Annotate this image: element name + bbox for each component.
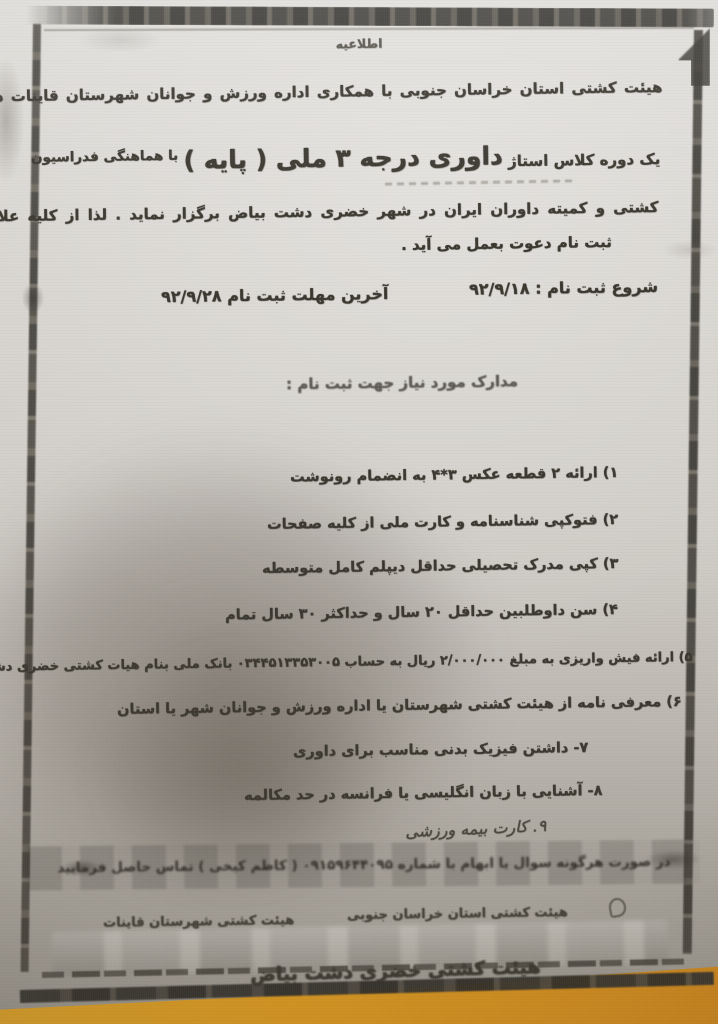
contact-note-text: در صورت هرگونه سوال یا ابهام با شماره ۰۹… [28,853,700,876]
requirement-item-6: ۶) معرفی نامه از هیئت کشتی شهرستان یا اد… [117,694,682,718]
requirements-heading: مدارک مورد نیاز جهت ثبت نام : [286,372,518,393]
signature-county-board: هیئت کشتی شهرستان قاینات [103,913,294,931]
photo-of-document: اطلاعیه هیئت کشتی استان خراسان جنوبی با … [0,0,718,1024]
body-line-3: ثبت نام دعوت بعمل می آید . [401,233,612,254]
requirement-item-8: ۸- آشنایی با زبان انگلیسی یا فرانسه در ح… [243,783,602,804]
course-line-prefix: یک دوره کلاس استاژ [508,150,661,170]
registration-deadline-date: آخرین مهلت ثبت نام ۹۲/۹/۲۸ [161,284,389,306]
requirement-item-1: ۱) ارائه ۲ قطعه عکس ۳*۴ به انضمام رونوشت [290,465,618,486]
intro-line: هیئت کشتی استان خراسان جنوبی با همکاری ا… [0,78,662,107]
course-line-suffix: با هماهنگی فدراسیون [31,148,178,166]
requirement-item-4: ۴) سن داوطلبین حداقل ۲۰ سال و حداکثر ۳۰ … [225,602,618,623]
signature-province-board: هیئت کشتی استان خراسان جنوبی [347,905,568,923]
signature-host-board: هیئت کشتی خضری دشت بیاض [249,956,540,986]
requirement-item-5: ۵) ارائه فیش واریزی به مبلغ ۲/۰۰۰/۰۰۰ ری… [0,650,692,675]
requirement-item-9-handwritten: ۹. کارت بیمه ورزشی [404,816,546,841]
notice-title: اطلاعیه [0,31,718,56]
body-line-2: کشتی و کمیته داوران ایران در شهر خضری دش… [0,198,658,227]
ink-scribble-mark [607,897,627,919]
requirement-item-3: ۳) کپی مدرک تحصیلی حداقل دیپلم کامل متوس… [262,556,619,577]
registration-start-date: شروع ثبت نام : ۹۲/۹/۱۸ [469,277,658,299]
requirement-item-2: ۲) فتوکپی شناسنامه و کارت ملی از کلیه صف… [267,512,618,533]
requirement-item-7: ۷- داشتن فیزیک بدنی مناسب برای داوری [293,740,588,760]
smudged-contact-line: در صورت هرگونه سوال یا ابهام با شماره ۰۹… [28,839,700,890]
document-content: اطلاعیه هیئت کشتی استان خراسان جنوبی با … [0,0,718,1024]
course-title: داوری درجه ۳ ملی ( پایه ) [183,141,503,174]
